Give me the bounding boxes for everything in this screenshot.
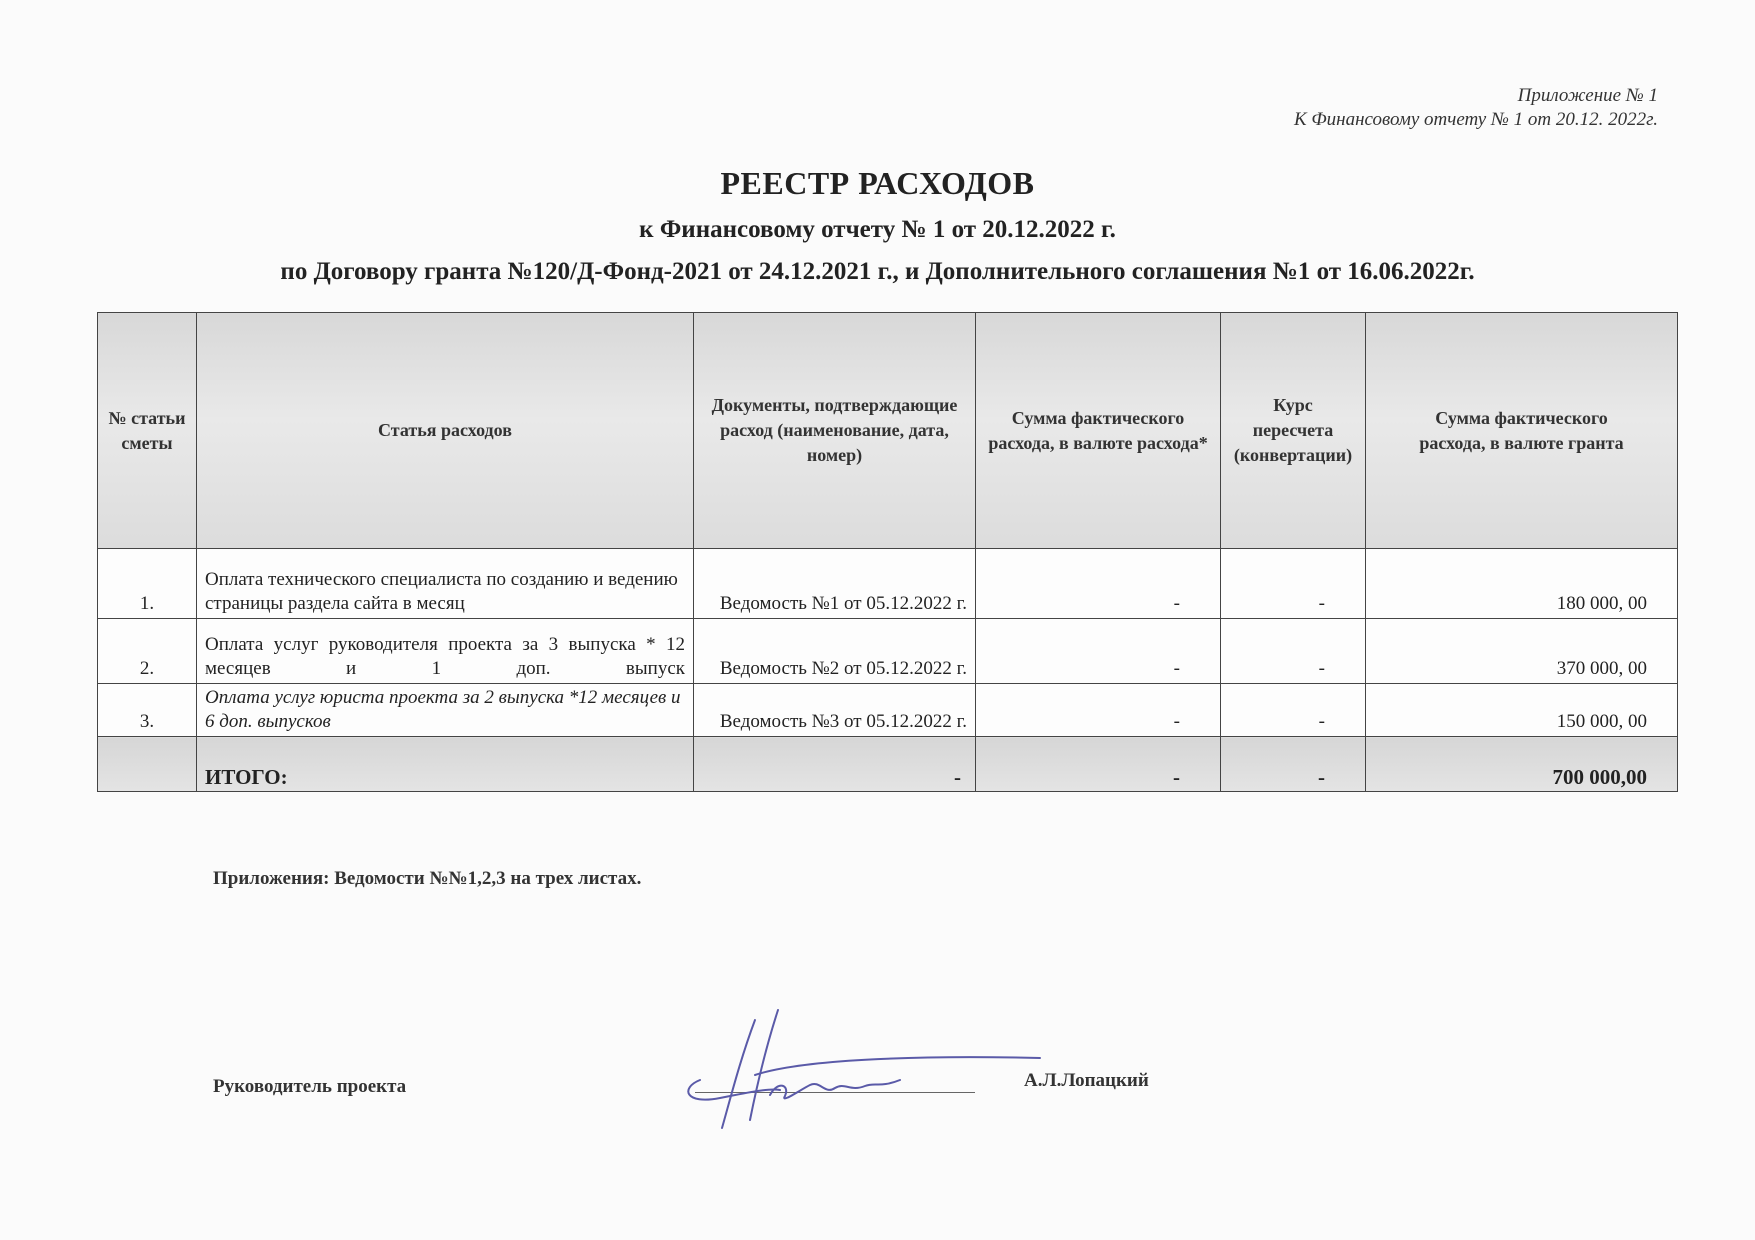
row-expense-item: Оплата технического специалиста по созда… [197, 549, 694, 619]
total-label: ИТОГО: [197, 737, 694, 792]
row-document: Ведомость №3 от 05.12.2022 г. [694, 684, 976, 737]
col-header-amount-grant-currency: Сумма фактического расхода, в валюте гра… [1366, 313, 1678, 549]
annex-line-2: К Финансовому отчету № 1 от 20.12. 2022г… [1294, 108, 1658, 132]
row-amount-expense-currency: - [976, 684, 1221, 737]
document-title: РЕЕСТР РАСХОДОВ [0, 165, 1755, 202]
col-header-documents: Документы, подтверждающие расход (наимен… [694, 313, 976, 549]
expense-register-table: № статьи сметы Статья расходов Документы… [97, 312, 1678, 792]
row-exchange-rate: - [1221, 549, 1366, 619]
total-row: ИТОГО: - - - 700 000,00 [98, 737, 1678, 792]
row-document: Ведомость №2 от 05.12.2022 г. [694, 619, 976, 684]
table-header-row: № статьи сметы Статья расходов Документы… [98, 313, 1678, 549]
row-amount-expense-currency: - [976, 619, 1221, 684]
row-number: 3. [98, 684, 197, 737]
row-amount-grant-currency: 150 000, 00 [1366, 684, 1678, 737]
attachments-note: Приложения: Ведомости №№1,2,3 на трех ли… [213, 865, 673, 893]
table-row: 3. Оплата услуг юриста проекта за 2 выпу… [98, 684, 1678, 737]
signatory-role: Руководитель проекта [213, 1076, 406, 1098]
total-exchange-rate: - [1221, 737, 1366, 792]
col-header-expense-item: Статья расходов [197, 313, 694, 549]
row-document: Ведомость №1 от 05.12.2022 г. [694, 549, 976, 619]
handwritten-signature [660, 1000, 1080, 1130]
row-amount-grant-currency: 180 000, 00 [1366, 549, 1678, 619]
total-amount-expense-currency: - [976, 737, 1221, 792]
row-number: 2. [98, 619, 197, 684]
annex-line-1: Приложение № 1 [1294, 84, 1658, 108]
signatory-name: А.Л.Лопацкий [1024, 1070, 1149, 1092]
total-amount-grant-currency: 700 000,00 [1366, 737, 1678, 792]
table-row: 1. Оплата технического специалиста по со… [98, 549, 1678, 619]
row-number: 1. [98, 549, 197, 619]
document-subtitle: к Финансовому отчету № 1 от 20.12.2022 г… [0, 216, 1755, 244]
annex-note: Приложение № 1 К Финансовому отчету № 1 … [1294, 84, 1658, 132]
row-exchange-rate: - [1221, 619, 1366, 684]
row-expense-item: Оплата услуг руководителя проекта за 3 в… [197, 619, 694, 684]
total-document: - [694, 737, 976, 792]
col-header-exchange-rate: Курс пересчета (конвертации) [1221, 313, 1366, 549]
row-expense-item: Оплата услуг юриста проекта за 2 выпуска… [197, 684, 694, 737]
table-row: 2. Оплата услуг руководителя проекта за … [98, 619, 1678, 684]
col-header-amount-expense-currency: Сумма фактического расхода, в валюте рас… [976, 313, 1221, 549]
col-header-item-number: № статьи сметы [98, 313, 197, 549]
row-amount-grant-currency: 370 000, 00 [1366, 619, 1678, 684]
row-exchange-rate: - [1221, 684, 1366, 737]
row-amount-expense-currency: - [976, 549, 1221, 619]
total-number-cell [98, 737, 197, 792]
document-agreement-line: по Договору гранта №120/Д-Фонд-2021 от 2… [0, 258, 1755, 286]
